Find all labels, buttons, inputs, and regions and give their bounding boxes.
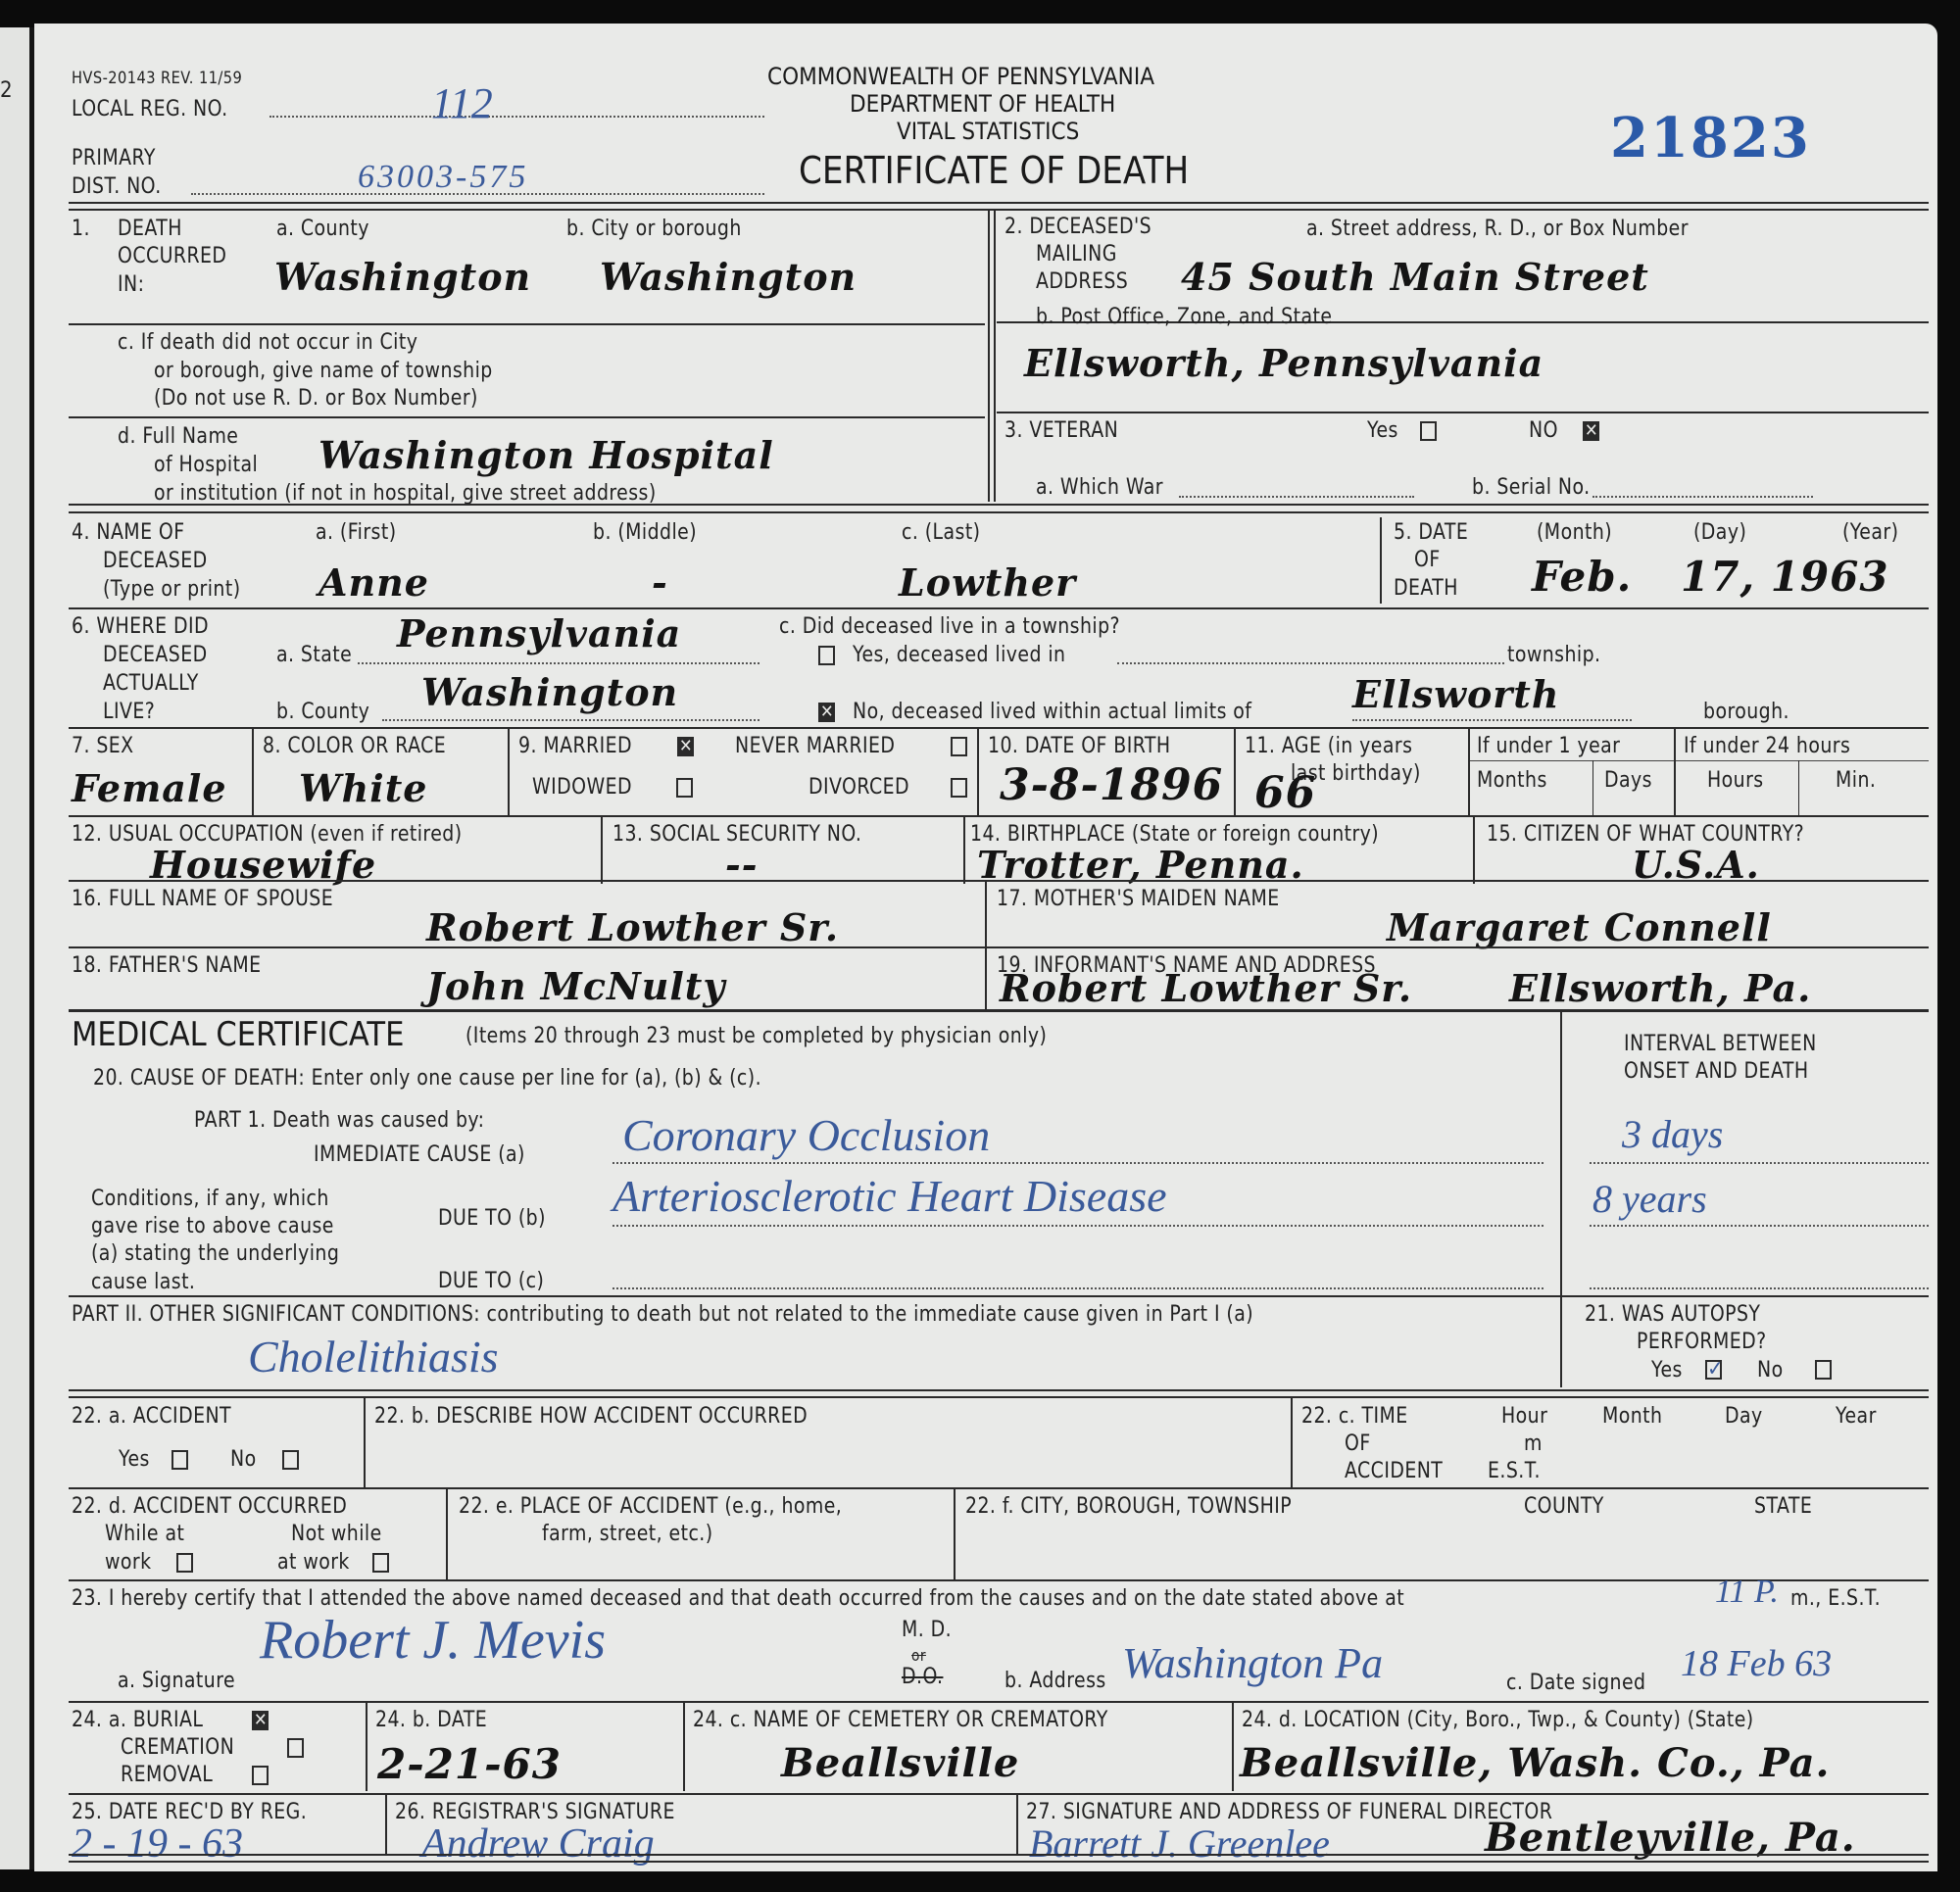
due-to-b-value: Arteriosclerotic Heart Disease — [612, 1170, 1167, 1222]
item1-label-1: DEATH — [118, 216, 182, 243]
while-at-work-checkbox[interactable] — [176, 1553, 193, 1573]
accident-day-label: Day — [1725, 1403, 1763, 1431]
first-name-label: a. (First) — [316, 519, 397, 547]
accident-city-label: 22. f. CITY, BOROUGH, TOWNSHIP — [965, 1493, 1292, 1521]
city-label: b. City or borough — [566, 216, 742, 243]
township-label-3: (Do not use R. D. or Box Number) — [154, 385, 478, 412]
township-line — [1117, 662, 1504, 664]
residence-label-2: DECEASED — [103, 642, 208, 669]
under-1-year-label: If under 1 year — [1477, 733, 1620, 760]
autopsy-label-2: PERFORMED? — [1637, 1329, 1767, 1356]
div-11-under1 — [1468, 729, 1470, 815]
div-14-15 — [1473, 817, 1475, 884]
which-war-line[interactable] — [1179, 496, 1414, 498]
div-24a-24b — [366, 1703, 367, 1791]
date-of-death-label-3: DEATH — [1394, 575, 1458, 603]
death-year-label: (Year) — [1842, 519, 1898, 547]
death-city-value: Washington — [600, 255, 857, 299]
veteran-no-label: NO — [1529, 417, 1558, 445]
father-label: 18. FATHER'S NAME — [72, 952, 262, 980]
middle-name-value: - — [652, 560, 668, 605]
interval-b-value: 8 years — [1592, 1176, 1707, 1222]
div-12-13 — [601, 817, 603, 884]
interval-label-1: INTERVAL BETWEEN — [1624, 1031, 1817, 1058]
item2-label-3: ADDRESS — [1036, 268, 1128, 296]
township-label-2: or borough, give name of township — [154, 358, 493, 385]
md-label: M. D. — [902, 1617, 952, 1644]
physician-address-label: b. Address — [1004, 1668, 1106, 1695]
autopsy-divider — [1560, 1297, 1562, 1387]
accident-occurred-label: 22. d. ACCIDENT OCCURRED — [72, 1493, 347, 1521]
informant-address-value: Ellsworth, Pa. — [1509, 966, 1811, 1010]
accident-yes-label: Yes — [119, 1446, 150, 1474]
section-rule-1a — [69, 504, 1929, 506]
accident-label: 22. a. ACCIDENT — [72, 1403, 231, 1431]
removal-label: REMOVAL — [121, 1762, 213, 1789]
veteran-yes-checkbox[interactable] — [1420, 421, 1437, 441]
age-label-1: 11. AGE (in years — [1245, 733, 1412, 760]
hospital-label-2: of Hospital — [154, 452, 258, 479]
township-yes-text: Yes, deceased lived in — [853, 642, 1065, 669]
never-married-checkbox[interactable] — [951, 737, 967, 756]
cemetery-label: 24. c. NAME OF CEMETERY OR CREMATORY — [693, 1707, 1108, 1734]
interval-c-line — [1590, 1287, 1929, 1289]
divorced-checkbox[interactable] — [951, 778, 967, 798]
item1-divider-2 — [69, 416, 985, 418]
township-question: c. Did deceased live in a township? — [779, 613, 1120, 641]
div-26-27 — [1016, 1795, 1018, 1854]
county-line — [382, 719, 759, 721]
spouse-label: 16. FULL NAME OF SPOUSE — [72, 886, 333, 913]
funeral-director-signature: Barrett J. Greenlee — [1029, 1820, 1330, 1867]
accident-top-rule-a — [69, 1389, 1929, 1391]
married-label: 9. MARRIED — [518, 733, 632, 760]
death-month-value: Feb. — [1532, 553, 1632, 601]
accident-bottom-rule — [69, 1579, 1929, 1581]
while-at-work-label-1: While at — [105, 1521, 184, 1548]
race-value: White — [299, 766, 427, 810]
item1-label-3: IN: — [118, 271, 144, 299]
dob-value: 3-8-1896 — [1000, 760, 1223, 810]
township-yes-checkbox[interactable] — [818, 646, 835, 665]
bottom-rule-a — [69, 1854, 1929, 1856]
items16-17-bottom-rule — [69, 946, 1929, 948]
interval-label-2: ONSET AND DEATH — [1624, 1058, 1809, 1086]
due-to-c-line — [612, 1287, 1543, 1289]
form-number: HVS-20143 REV. 11/59 — [72, 65, 242, 92]
name-label-2: DECEASED — [103, 548, 208, 575]
adjacent-page-strip: 2 — [0, 27, 29, 1869]
father-value: John McNulty — [426, 964, 725, 1008]
due-to-b-line — [612, 1225, 1543, 1227]
medical-subtitle: (Items 20 through 23 must be completed b… — [465, 1023, 1047, 1050]
autopsy-label-1: 21. WAS AUTOPSY — [1585, 1301, 1760, 1329]
sex-value: Female — [72, 766, 227, 810]
which-war-label: a. Which War — [1036, 474, 1163, 502]
local-reg-line — [269, 116, 764, 118]
middle-name-label: b. (Middle) — [593, 519, 697, 547]
under-1-rule — [1470, 760, 1674, 761]
hours-label: Hours — [1707, 767, 1764, 795]
local-reg-value: 112 — [431, 78, 493, 128]
item6-bottom-rule — [69, 727, 1929, 729]
date-signed-label: c. Date signed — [1506, 1670, 1645, 1697]
accident-state-label: STATE — [1754, 1493, 1812, 1521]
sex-label: 7. SEX — [72, 733, 134, 760]
burial-label: 24. a. BURIAL — [72, 1707, 203, 1734]
accident-time-label-3: ACCIDENT — [1345, 1458, 1443, 1485]
div-9-10 — [977, 729, 979, 815]
cemetery-value: Beallsville — [781, 1740, 1019, 1786]
burial-date-value: 2-21-63 — [377, 1740, 562, 1788]
item24-bottom-rule — [69, 1793, 1929, 1795]
accident-time-label-2: OF — [1345, 1431, 1371, 1458]
bottom-rule-b — [69, 1861, 1929, 1863]
certificate-number-stamp: 21823 — [1610, 106, 1811, 170]
residence-label-1: 6. WHERE DID — [72, 613, 209, 641]
residence-county-value: Washington — [421, 670, 678, 714]
accident-month-label: Month — [1602, 1403, 1662, 1431]
accident-mid-rule — [69, 1487, 1929, 1489]
accident-no-label: No — [230, 1446, 257, 1474]
last-name-label: c. (Last) — [902, 519, 980, 547]
div-22b-22c — [1291, 1398, 1293, 1488]
cremation-label: CREMATION — [121, 1734, 234, 1762]
interval-a-value: 3 days — [1622, 1111, 1723, 1157]
items12-15-bottom-rule — [69, 880, 1929, 882]
months-days-div — [1592, 760, 1593, 815]
post-office-value: Ellsworth, Pennsylvania — [1024, 341, 1543, 385]
limits-line — [1352, 719, 1632, 721]
part2-label: PART II. OTHER SIGNIFICANT CONDITIONS: c… — [72, 1301, 1253, 1329]
not-at-work-label-2: at work — [277, 1549, 350, 1577]
county-label: a. County — [276, 216, 369, 243]
hospital-label-1: d. Full Name — [118, 423, 238, 451]
medical-title: MEDICAL CERTIFICATE — [72, 1015, 404, 1054]
hospital-value: Washington Hospital — [318, 433, 774, 477]
name-label-1: 4. NAME OF — [72, 519, 185, 547]
document-title: CERTIFICATE OF DEATH — [799, 149, 1189, 192]
death-day-year-value: 17, 1963 — [1681, 553, 1889, 601]
accident-top-rule-b — [69, 1396, 1929, 1398]
residence-county-label: b. County — [276, 699, 369, 726]
part1-bottom-rule — [69, 1295, 1929, 1297]
informant-name-value: Robert Lowther Sr. — [1000, 966, 1412, 1010]
under-24-hours-label: If under 24 hours — [1684, 733, 1850, 760]
township-no-checkbox[interactable]: ✕ — [818, 703, 835, 722]
div-13-14 — [963, 817, 965, 884]
cemetery-location-label: 24. d. LOCATION (City, Boro., Twp., & Co… — [1242, 1707, 1754, 1734]
under-24-rule — [1676, 760, 1929, 761]
serial-line[interactable] — [1592, 496, 1813, 498]
local-reg-label: LOCAL REG. NO. — [72, 96, 228, 123]
physician-address-value: Washington Pa — [1122, 1638, 1383, 1688]
accident-hour-label: Hour — [1501, 1403, 1547, 1431]
time-suffix: m., E.S.T. — [1790, 1585, 1881, 1613]
accident-year-label: Year — [1836, 1403, 1877, 1431]
residence-state-value: Pennsylvania — [397, 611, 681, 655]
div-10-11 — [1234, 729, 1236, 815]
section-rule-1b — [69, 511, 1929, 513]
due-to-b-label: DUE TO (b) — [438, 1205, 546, 1233]
div-8-9 — [508, 729, 510, 815]
min-label: Min. — [1836, 767, 1876, 795]
div-22a-22b — [364, 1398, 366, 1488]
mother-label: 17. MOTHER'S MAIDEN NAME — [997, 886, 1280, 913]
cemetery-location-value: Beallsville, Wash. Co., Pa. — [1240, 1740, 1830, 1786]
item1-num: 1. — [72, 216, 90, 243]
mother-value: Margaret Connell — [1387, 905, 1772, 949]
veteran-label: 3. VETERAN — [1004, 417, 1118, 445]
place-of-accident-label-2: farm, street, etc.) — [542, 1521, 713, 1548]
div-7-8 — [252, 729, 254, 815]
immediate-cause-value: Coronary Occlusion — [622, 1109, 990, 1161]
conditions-label-2: gave rise to above cause — [91, 1213, 334, 1240]
primary-label: PRIMARY — [72, 145, 156, 172]
div-24c-24d — [1232, 1703, 1234, 1791]
accident-time-label-1: 22. c. TIME — [1301, 1403, 1408, 1431]
while-at-work-label-2: work — [105, 1549, 152, 1577]
not-at-work-checkbox[interactable] — [372, 1553, 389, 1573]
accident-yes-checkbox[interactable] — [171, 1450, 188, 1470]
death-county-value: Washington — [274, 255, 531, 299]
div-24b-24c — [683, 1703, 685, 1791]
autopsy-yes-label: Yes — [1651, 1357, 1683, 1384]
agency-line-3: VITAL STATISTICS — [897, 118, 1079, 145]
autopsy-no-checkbox[interactable] — [1815, 1360, 1832, 1380]
item23-bottom-rule — [69, 1701, 1929, 1703]
header-rule-1 — [69, 202, 1929, 204]
conditions-label-4: cause last. — [91, 1269, 195, 1296]
never-married-label: NEVER MARRIED — [735, 733, 895, 760]
signature-label: a. Signature — [118, 1668, 235, 1695]
due-to-c-label: DUE TO (c) — [438, 1268, 544, 1295]
township-no-text: No, deceased lived within actual limits … — [853, 699, 1251, 726]
item1-label-2: OCCURRED — [118, 243, 226, 270]
accident-county-label: COUNTY — [1524, 1493, 1604, 1521]
burial-checkbox[interactable]: ✕ — [252, 1711, 269, 1730]
item1-divider-1 — [69, 323, 985, 325]
accident-est-label: E.S.T. — [1488, 1458, 1541, 1485]
divorced-label: DIVORCED — [808, 774, 909, 801]
interval-divider — [1560, 1011, 1562, 1295]
death-day-label: (Day) — [1693, 519, 1746, 547]
margin-mark: 2 — [0, 78, 13, 103]
days-label: Days — [1604, 767, 1652, 795]
cause-of-death-label: 20. CAUSE OF DEATH: Enter only one cause… — [93, 1065, 761, 1092]
accident-m-label: m — [1524, 1431, 1543, 1458]
state-line — [358, 662, 759, 664]
div-under1-under24 — [1674, 729, 1676, 815]
hours-min-div — [1798, 760, 1799, 815]
months-label: Months — [1477, 767, 1547, 795]
div-16-17 — [985, 882, 987, 1009]
div-22d-22e — [446, 1489, 448, 1579]
limits-value: Ellsworth — [1352, 672, 1560, 716]
widowed-checkbox[interactable] — [676, 778, 693, 798]
name-label-3: (Type or print) — [103, 576, 241, 604]
spouse-value: Robert Lowther Sr. — [426, 905, 839, 949]
serial-label: b. Serial No. — [1472, 474, 1591, 502]
time-of-death-value: 11 P. — [1715, 1574, 1779, 1611]
cremation-checkbox[interactable] — [287, 1738, 304, 1758]
autopsy-no-label: No — [1757, 1357, 1784, 1384]
last-name-value: Lowther — [899, 560, 1076, 605]
death-month-label: (Month) — [1537, 519, 1612, 547]
veteran-no-checkbox[interactable]: ✕ — [1583, 421, 1599, 441]
immediate-cause-label: IMMEDIATE CAUSE (a) — [314, 1141, 525, 1169]
date-of-death-label-1: 5. DATE — [1394, 519, 1468, 547]
residence-state-label: a. State — [276, 642, 352, 669]
street-label: a. Street address, R. D., or Box Number — [1306, 216, 1689, 243]
immediate-cause-line — [612, 1162, 1543, 1164]
accident-no-checkbox[interactable] — [282, 1450, 299, 1470]
part1-label: PART 1. Death was caused by: — [194, 1107, 484, 1135]
conditions-label-1: Conditions, if any, which — [91, 1186, 329, 1213]
race-label: 8. COLOR OR RACE — [263, 733, 446, 760]
death-certificate: HVS-20143 REV. 11/59 LOCAL REG. NO. 112 … — [34, 24, 1937, 1871]
residence-label-4: LIVE? — [103, 699, 155, 726]
header-rule-2 — [69, 209, 1929, 211]
township-suffix: township. — [1507, 642, 1600, 669]
div-22e-22f — [954, 1489, 955, 1579]
part2-value: Cholelithiasis — [248, 1331, 499, 1383]
widowed-label: WIDOWED — [532, 774, 632, 801]
first-name-value: Anne — [318, 560, 429, 605]
interval-b-line — [1590, 1225, 1929, 1227]
dob-label: 10. DATE OF BIRTH — [988, 733, 1171, 760]
dist-value: 63003-575 — [358, 159, 528, 196]
residence-label-3: ACTUALLY — [103, 670, 199, 698]
street-value: 45 South Main Street — [1181, 255, 1649, 299]
autopsy-yes-checkbox[interactable]: ✓ — [1705, 1360, 1722, 1380]
item5-divider — [1380, 517, 1382, 604]
physician-signature: Robert J. Mevis — [260, 1609, 606, 1672]
burial-date-label: 24. b. DATE — [375, 1707, 487, 1734]
item2-label-2: MAILING — [1036, 241, 1117, 268]
col-divider-b — [994, 210, 996, 502]
date-signed-value: 18 Feb 63 — [1681, 1642, 1832, 1685]
medical-top-rule — [69, 1009, 1929, 1012]
do-label: D.O. — [902, 1664, 943, 1691]
conditions-label-3: (a) stating the underlying — [91, 1240, 339, 1268]
date-of-death-label-2: OF — [1414, 547, 1441, 574]
removal-checkbox[interactable] — [252, 1766, 269, 1785]
interval-a-line — [1590, 1162, 1929, 1164]
not-at-work-label-1: Not while — [291, 1521, 382, 1548]
veteran-yes-label: Yes — [1367, 417, 1398, 445]
borough-suffix: borough. — [1703, 699, 1789, 726]
items7-11-bottom-rule — [69, 815, 1929, 817]
dist-label: DIST. NO. — [72, 173, 162, 201]
col-divider-a — [988, 210, 990, 502]
agency-line-1: COMMONWEALTH OF PENNSYLVANIA — [767, 63, 1154, 90]
age-value: 66 — [1254, 768, 1316, 818]
place-of-accident-label-1: 22. e. PLACE OF ACCIDENT (e.g., home, — [459, 1493, 842, 1521]
div-25-26 — [385, 1795, 387, 1854]
agency-line-2: DEPARTMENT OF HEALTH — [850, 90, 1115, 118]
township-label-1: c. If death did not occur in City — [118, 329, 417, 357]
item2-divider-2 — [997, 412, 1929, 413]
post-office-label: b. Post Office, Zone, and State — [1036, 304, 1332, 331]
married-checkbox[interactable]: ✕ — [677, 737, 694, 756]
accident-describe-label: 22. b. DESCRIBE HOW ACCIDENT OCCURRED — [374, 1403, 808, 1431]
item2-label-1: 2. DECEASED'S — [1004, 214, 1151, 241]
item4-bottom-rule — [69, 607, 1929, 609]
